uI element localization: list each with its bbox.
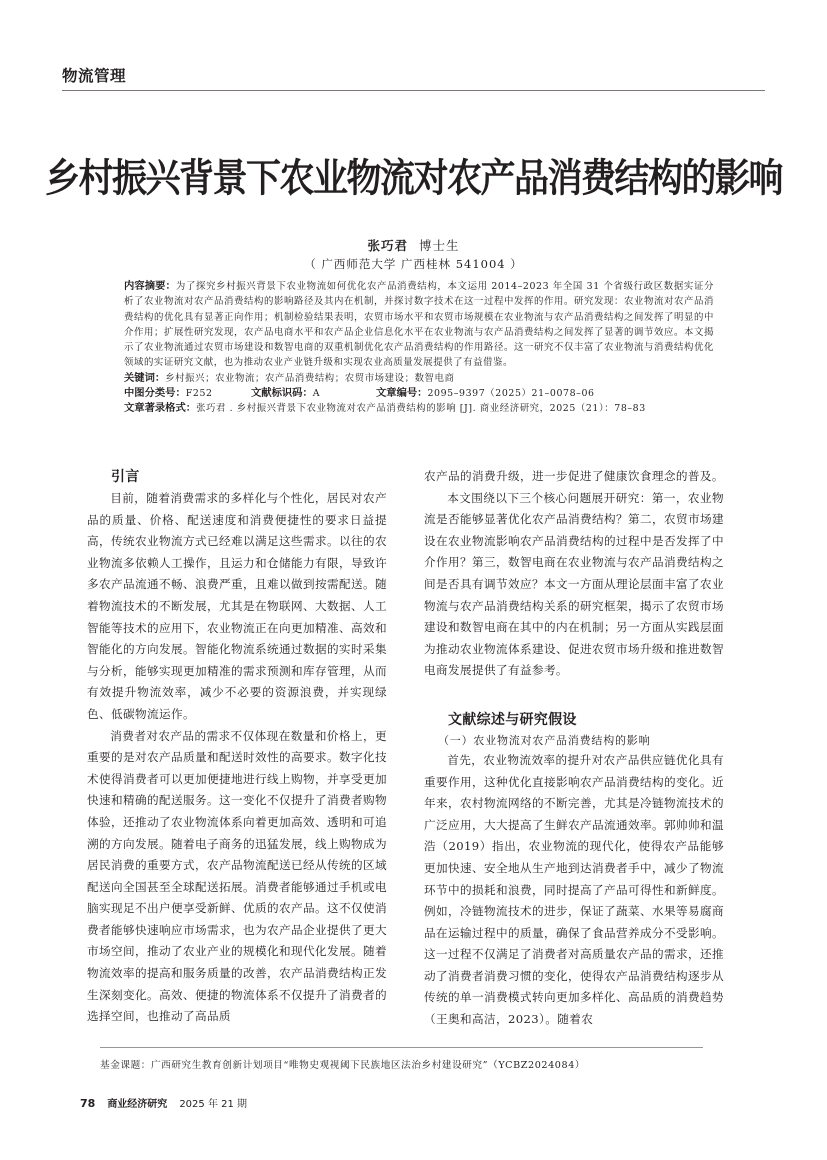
section-label: 物流管理 xyxy=(62,64,126,86)
heading-introduction: 引言 xyxy=(87,466,387,488)
doc-code-label: 文献标识码： xyxy=(251,387,313,399)
spacer xyxy=(424,682,724,709)
footnote-rule xyxy=(100,1047,703,1048)
doc-code-value: A xyxy=(313,388,320,399)
author-name: 张巧君 xyxy=(367,238,408,253)
header-rule xyxy=(62,90,765,91)
issue: 2025 年 21 期 xyxy=(179,1095,247,1110)
author-affiliation: （ 广西师范大学 广西桂林 541004 ） xyxy=(0,256,827,272)
paragraph: 农产品的消费升级，进一步促进了健康饮食理念的普及。 xyxy=(424,466,724,488)
front-matter: 内容摘要：为了探究乡村振兴背景下农业物流如何优化农产品消费结构，本文运用 201… xyxy=(124,279,714,417)
abstract-label: 内容摘要： xyxy=(124,280,176,292)
journal-name: 商业经济研究 xyxy=(107,1095,167,1110)
paragraph: 本文围绕以下三个核心问题展开研究：第一，农业物流是否能够显著优化农产品消费结构？… xyxy=(424,488,724,682)
author-line: 张巧君 博士生 xyxy=(0,236,827,254)
clc-value: F252 xyxy=(186,388,213,399)
doc-code-field: 文献标识码：A xyxy=(251,386,376,401)
article-title: 乡村振兴背景下农业物流对农产品消费结构的影响 xyxy=(0,148,827,204)
paragraph: 首先，农业物流效率的提升对农产品供应链优化具有重要作用，这种优化直接影响农产品消… xyxy=(424,750,724,1031)
classification-row: 中图分类号：F252 文献标识码：A 文章编号：2095–9397（2025）2… xyxy=(124,386,714,401)
article-no-field: 文章编号：2095–9397（2025）21–0078–06 xyxy=(376,386,595,401)
body-column-right: 农产品的消费升级，进一步促进了健康饮食理念的普及。 本文围绕以下三个核心问题展开… xyxy=(424,466,724,1031)
article-no-value: 2095–9397（2025）21–0078–06 xyxy=(427,388,594,399)
citation-text: 张巧君 . 乡村振兴背景下农业物流对农产品消费结构的影响 [J]. 商业经济研究… xyxy=(196,403,646,414)
paragraph: 目前，随着消费需求的多样化与个性化，居民对农产品的质量、价格、配送速度和消费便捷… xyxy=(87,488,387,726)
clc-field: 中图分类号：F252 xyxy=(124,386,251,401)
fund-footnote: 基金课题：广西研究生教育创新计划项目“唯物史观视阈下民族地区法治乡村建设研究”（… xyxy=(100,1057,740,1071)
paragraph: 消费者对农产品的需求不仅体现在数量和价格上，更重要的是对农产品质量和配送时效性的… xyxy=(87,726,387,1028)
abstract: 内容摘要：为了探究乡村振兴背景下农业物流如何优化农产品消费结构，本文运用 201… xyxy=(124,279,714,371)
keywords: 关键词：乡村振兴；农业物流；农产品消费结构；农贸市场建设；数智电商 xyxy=(124,371,714,386)
clc-label: 中图分类号： xyxy=(124,387,186,399)
keywords-label: 关键词： xyxy=(124,372,165,384)
page-number: 78 xyxy=(80,1097,95,1110)
author-title: 博士生 xyxy=(419,238,460,253)
article-no-label: 文章编号： xyxy=(376,387,427,399)
body-column-left: 引言 目前，随着消费需求的多样化与个性化，居民对农产品的质量、价格、配送速度和消… xyxy=(87,466,387,1028)
heading-literature-review: 文献综述与研究假设 xyxy=(424,709,724,731)
citation-label: 文章著录格式： xyxy=(124,402,196,414)
citation: 文章著录格式：张巧君 . 乡村振兴背景下农业物流对农产品消费结构的影响 [J].… xyxy=(124,401,714,416)
page-folio: 78 商业经济研究 2025 年 21 期 xyxy=(80,1095,247,1110)
abstract-text: 为了探究乡村振兴背景下农业物流如何优化农产品消费结构，本文运用 2014–202… xyxy=(124,281,714,368)
keywords-text: 乡村振兴；农业物流；农产品消费结构；农贸市场建设；数智电商 xyxy=(165,373,454,384)
subheading: （一）农业物流对农产品消费结构的影响 xyxy=(424,731,724,750)
